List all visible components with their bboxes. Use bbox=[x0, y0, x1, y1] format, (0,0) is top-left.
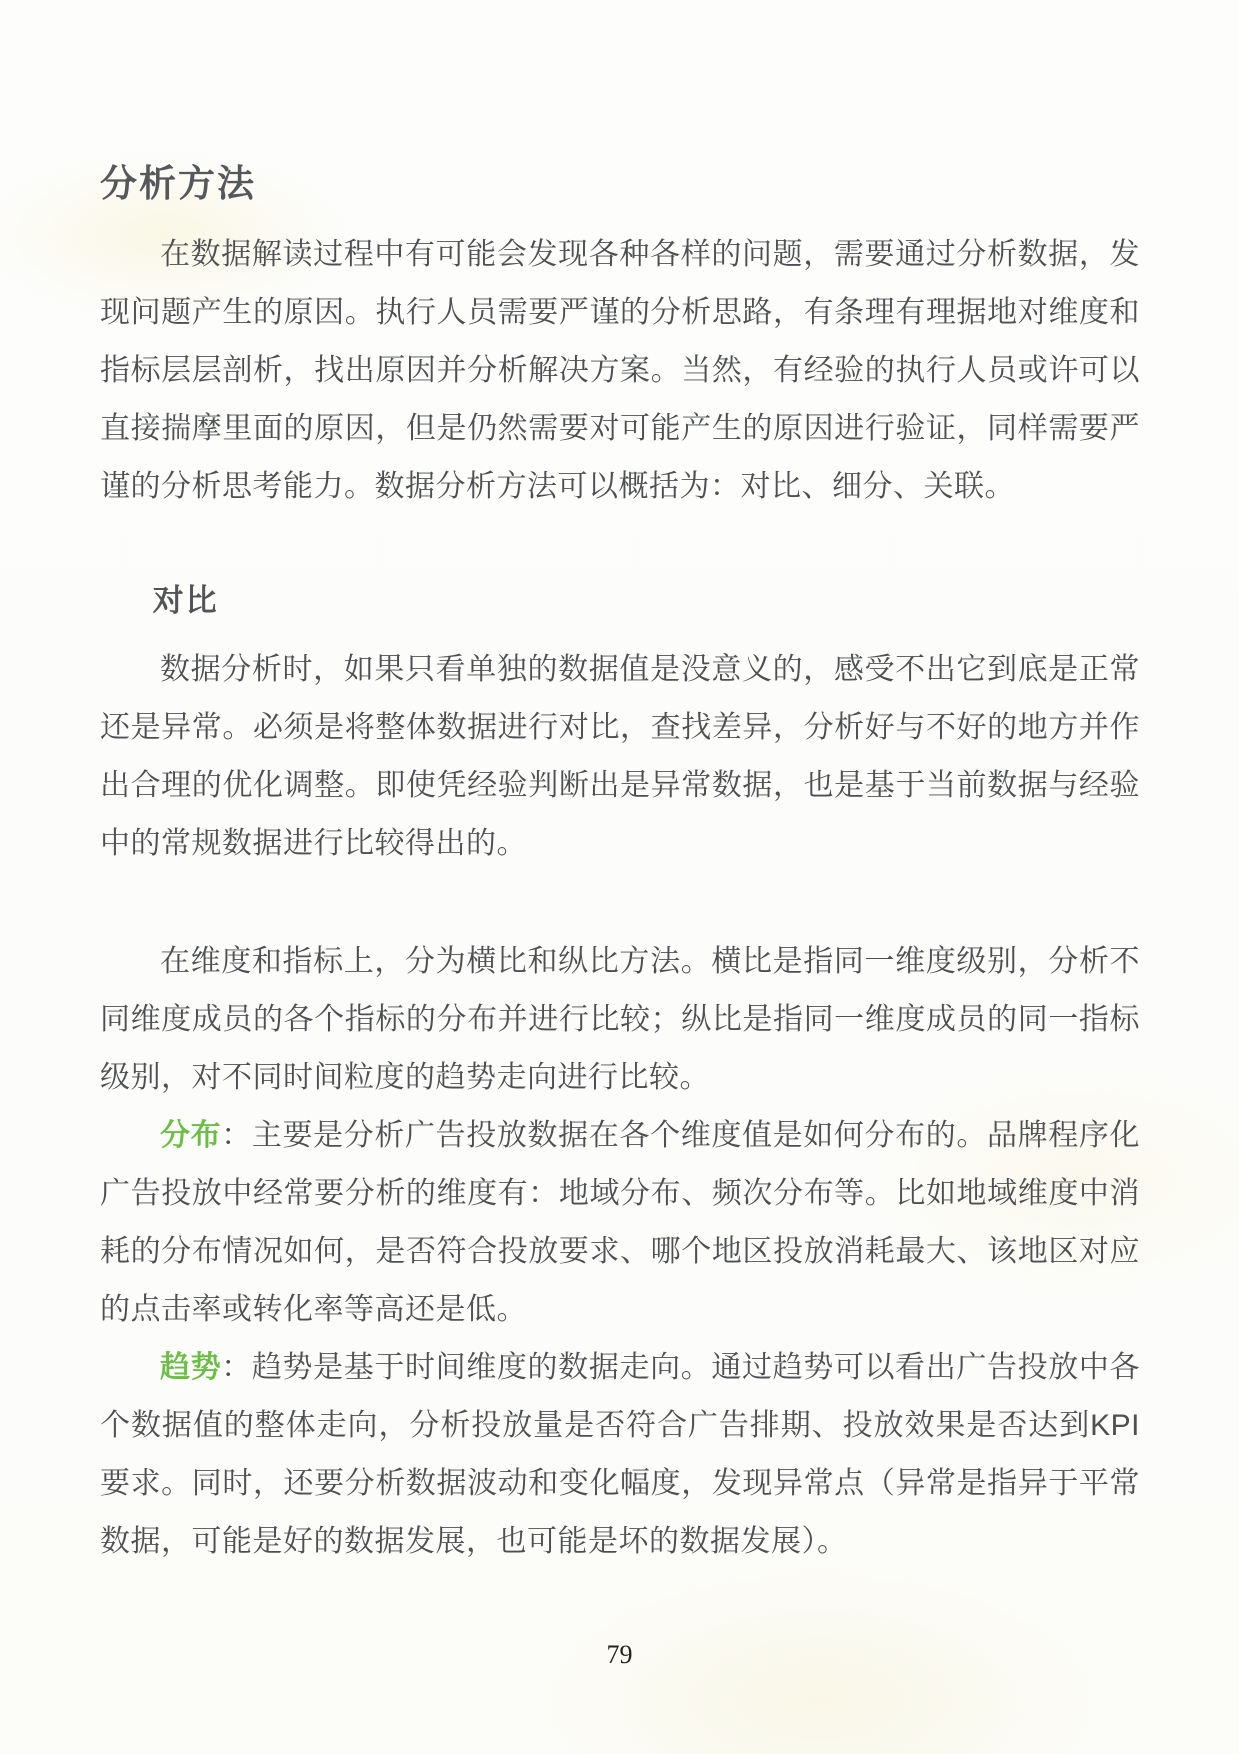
term-label-trend: 趋势 bbox=[160, 1351, 221, 1384]
page-number: 79 bbox=[0, 1640, 1239, 1670]
document-page: 分析方法 在数据解读过程中有可能会发现各种各样的问题，需要通过分析数据，发现问题… bbox=[0, 0, 1239, 1754]
section-title-duibi: 对比 bbox=[100, 582, 1140, 620]
intro-paragraph: 在数据解读过程中有可能会发现各种各样的问题，需要通过分析数据，发现问题产生的原因… bbox=[100, 226, 1140, 516]
term-paragraph-trend: 趋势：趋势是基于时间维度的数据走向。通过趋势可以看出广告投放中各个数据值的整体走… bbox=[100, 1339, 1140, 1571]
page-title: 分析方法 bbox=[100, 163, 1140, 205]
section-paragraph-2: 在维度和指标上，分为横比和纵比方法。横比是指同一维度级别，分析不同维度成员的各个… bbox=[100, 933, 1140, 1107]
section-paragraph-1: 数据分析时，如果只看单独的数据值是没意义的，感受不出它到底是正常还是异常。必须是… bbox=[100, 641, 1140, 873]
term-text-trend: ：趋势是基于时间维度的数据走向。通过趋势可以看出广告投放中各个数据值的整体走向，… bbox=[100, 1351, 1140, 1558]
page-content: 分析方法 在数据解读过程中有可能会发现各种各样的问题，需要通过分析数据，发现问题… bbox=[100, 0, 1140, 1571]
term-label-distribution: 分布 bbox=[160, 1119, 221, 1152]
term-paragraph-distribution: 分布：主要是分析广告投放数据在各个维度值是如何分布的。品牌程序化广告投放中经常要… bbox=[100, 1107, 1140, 1339]
term-text-distribution: ：主要是分析广告投放数据在各个维度值是如何分布的。品牌程序化广告投放中经常要分析… bbox=[100, 1119, 1140, 1326]
